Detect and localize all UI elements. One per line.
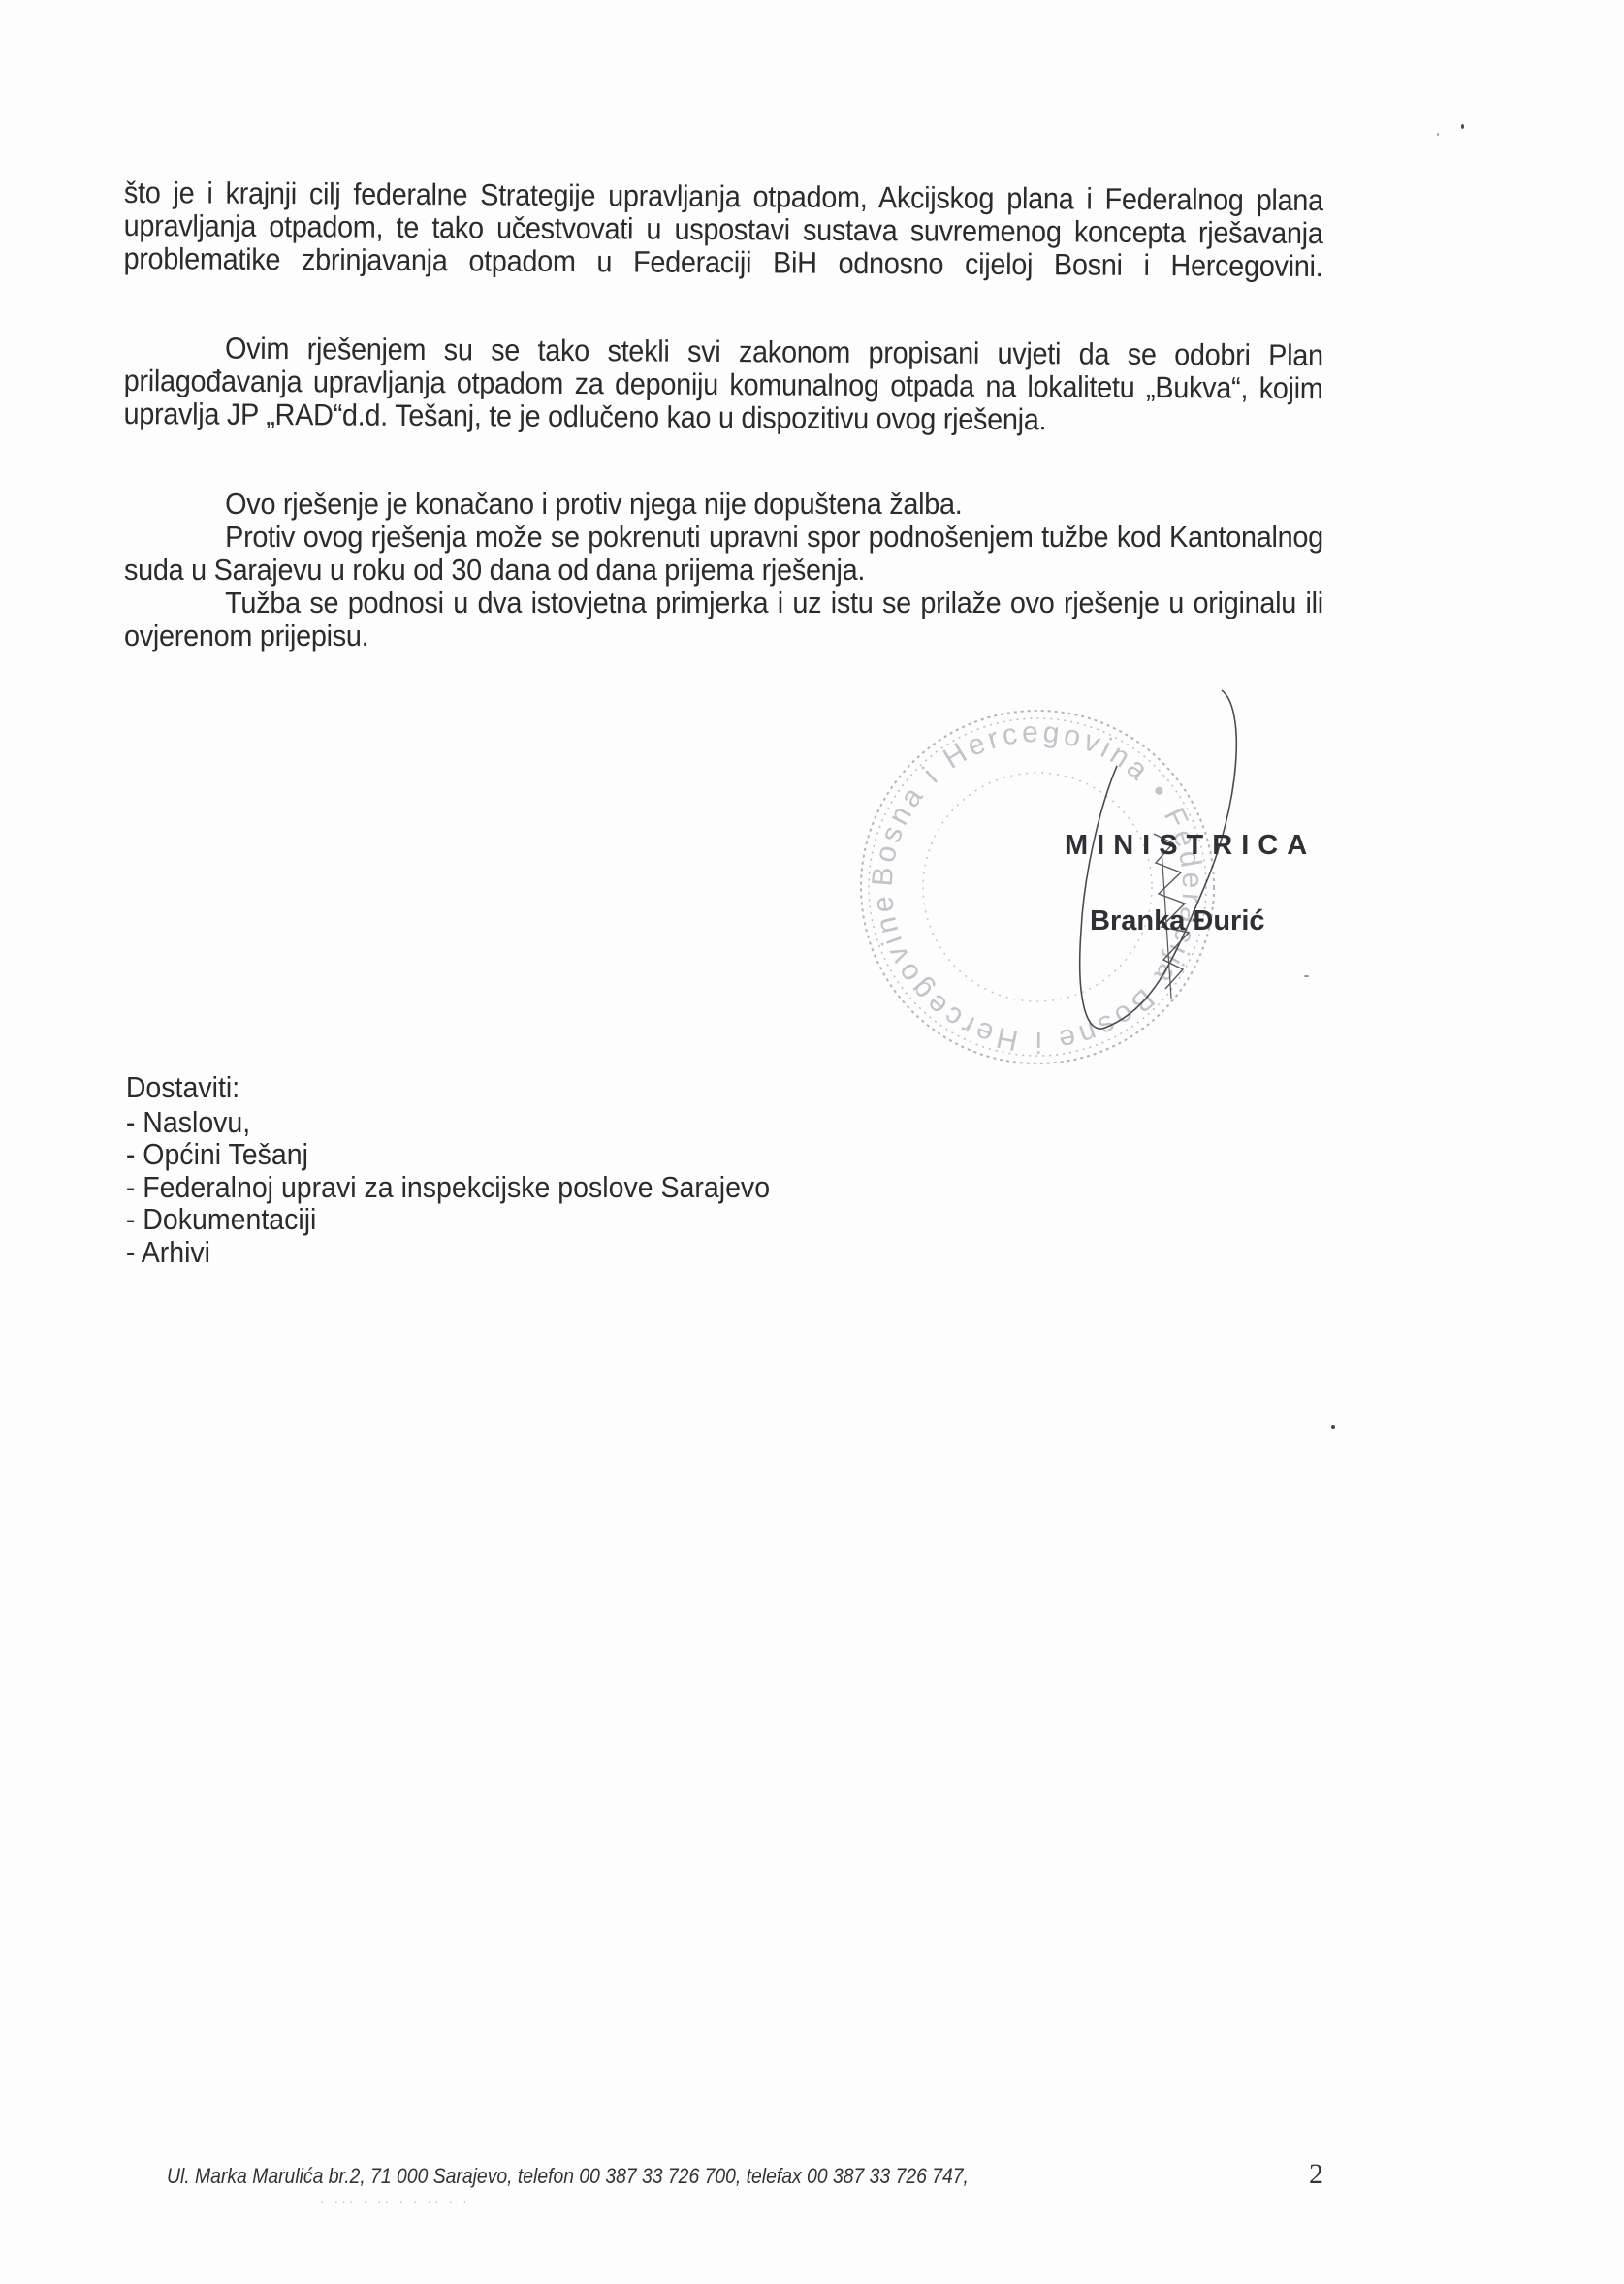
page-number: 2	[1309, 2158, 1323, 2191]
distribution-item: - Općini Tešanj	[124, 1138, 770, 1171]
lawsuit-copies-text: Tužba se podnosi u dva istovjetna primje…	[124, 587, 1323, 652]
signatory-title: MINISTRICA	[1065, 830, 1316, 862]
distribution-item: - Arhivi	[124, 1236, 770, 1269]
footer-address: Ul. Marka Marulića br.2, 71 000 Sarajevo…	[167, 2164, 969, 2189]
document-page: što je i krajnji cilj federalne Strategi…	[0, 0, 1624, 2284]
scan-speck	[1304, 975, 1309, 977]
lawsuit-text: Protiv ovog rješenja može se pokrenuti u…	[124, 521, 1323, 587]
signatory-name: Branka Đurić	[1090, 905, 1265, 937]
distribution-item: - Federalnoj upravi za inspekcijske posl…	[124, 1171, 770, 1204]
paragraph-conditions: Ovim rješenjem su se tako stekli svi zak…	[123, 332, 1322, 438]
final-decision-text: Ovo rješenje je konačano i protiv njega …	[124, 488, 1323, 521]
paragraph-text: što je i krajnji cilj federalne Strategi…	[123, 176, 1322, 283]
distribution-label: Dostaviti:	[126, 1071, 770, 1104]
distribution-list: Dostaviti: - Naslovu, - Općini Tešanj - …	[124, 1071, 770, 1268]
paragraph-text: Ovim rješenjem su se tako stekli svi zak…	[123, 332, 1322, 438]
distribution-item: - Naslovu,	[124, 1106, 770, 1139]
distribution-item: - Dokumentaciji	[124, 1203, 770, 1236]
signature-icon	[1047, 679, 1241, 1066]
legal-remedy-section: Ovo rješenje je konačano i protiv njega …	[124, 488, 1323, 652]
paragraph-strategy: što je i krajnji cilj federalne Strategi…	[123, 176, 1322, 283]
footer-faint-line: · ··· · ·· · · ·· · ·	[320, 2193, 470, 2208]
scan-speck	[1437, 133, 1439, 136]
scan-speck	[1331, 1425, 1335, 1429]
scan-speck	[1461, 124, 1464, 129]
